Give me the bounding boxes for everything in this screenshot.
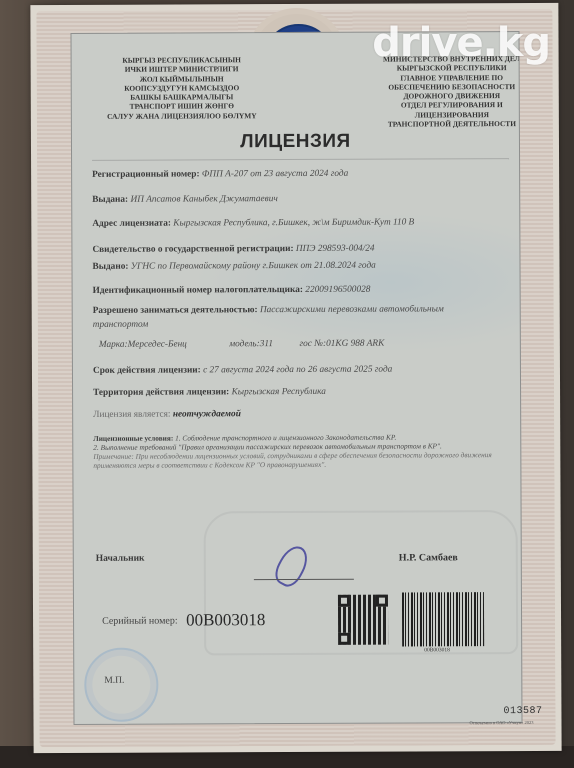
qr-finder — [338, 633, 350, 645]
territory-row: Территория действия лицензии: Кыргызская… — [93, 386, 510, 398]
licensee-name: ИП Апсатов Каныбек Джуматаевич — [130, 194, 277, 205]
qr-code — [338, 595, 388, 645]
header-line: салуу жана лицензиялоо бөлүмү — [82, 111, 282, 121]
vehicle-plate: гос №:01KG 988 ARK — [299, 339, 384, 349]
issued-to-row: Выдана: ИП Апсатов Каныбек Джуматаевич — [92, 193, 509, 205]
seal-label: М.П. — [104, 676, 124, 686]
registration-number: ФПП А-207 от 23 августа 2024 года — [202, 169, 348, 180]
printer-note: Отпечатано в ОАО «Учкун» 2023 — [469, 720, 533, 725]
tin-value: 22009196500028 — [305, 285, 370, 295]
licensee-address: Кыргызская Республика, г.Бишкек, ж\м Бир… — [173, 217, 414, 228]
activity-row: Разрешено заниматься деятельностью: Пасс… — [93, 302, 493, 332]
header-line: транспортной деятельности — [382, 119, 522, 129]
serial-label: Серийный номер: — [102, 616, 178, 627]
blank-number: 013587 — [503, 706, 542, 717]
transfer-row: Лицензия является: неотчуждаемой — [93, 408, 510, 420]
state-registration-row: Свидетельство о государственной регистра… — [92, 243, 509, 255]
territory-value: Кыргызская Республика — [232, 387, 326, 397]
header-kyrgyz: Кыргыз Республикасынын Ички иштер минист… — [82, 55, 282, 121]
barcode-caption: 00B003018 — [424, 647, 450, 653]
validity-row: Срок действия лицензии: с 27 августа 202… — [93, 364, 510, 376]
vehicle-model: модель:311 — [229, 339, 297, 349]
document-title: ЛИЦЕНЗИЯ — [72, 130, 519, 154]
document-body: Кыргыз Республикасынын Ички иштер минист… — [70, 31, 522, 725]
title-divider — [92, 158, 509, 161]
license-conditions: Лицензионные условия: 1. Соблюдение тран… — [93, 432, 510, 470]
address-row: Адрес лицензиата: Кыргызская Республика,… — [92, 217, 509, 229]
state-registration-number: ППЭ 298593-004/24 — [296, 244, 375, 254]
license-document: Кыргыз Республикасынын Ички иштер минист… — [30, 3, 561, 753]
qr-finder — [338, 595, 350, 607]
issued-by-row: Выдано: УГНС по Первомайскому району г.Б… — [92, 260, 509, 272]
vehicle-brand: Марка:Мерседес-Бенц — [99, 339, 227, 350]
tin-row: Идентификационный номер налогоплательщик… — [93, 284, 510, 296]
qr-finder — [376, 595, 388, 607]
registration-row: Регистрационный номер: ФПП А-207 от 23 а… — [92, 168, 509, 180]
signatory-position: Начальник — [96, 554, 145, 564]
header-line: Главное управление по — [382, 73, 522, 83]
vehicle-row: Марка:Мерседес-Бенц модель:311 гос №:01K… — [99, 338, 510, 350]
barcode — [402, 592, 484, 646]
header-line: обеспечению безопасности — [382, 82, 522, 92]
drive-kg-watermark: drive.kg — [372, 20, 550, 66]
signatory-name: Н.Р. Самбаев — [399, 552, 458, 563]
header-line: Отдел регулирования и — [382, 100, 522, 110]
transfer-value: неотчуждаемой — [173, 409, 241, 419]
serial-number: 00B003018 — [186, 610, 265, 630]
map-watermark — [192, 212, 522, 353]
issuing-authority: УГНС по Первомайскому району г.Бишкек от… — [131, 261, 376, 272]
validity-period: с 27 августа 2024 года по 26 августа 202… — [203, 365, 392, 376]
